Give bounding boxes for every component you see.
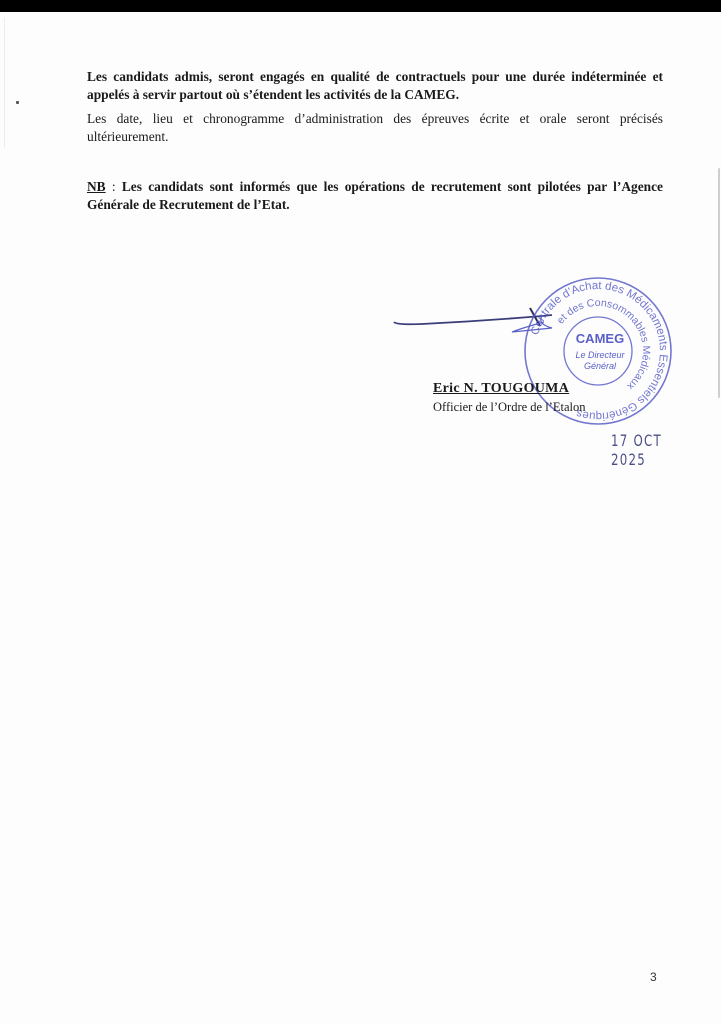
schedule-paragraph: Les date, lieu et chronogramme d’adminis… <box>87 110 663 145</box>
stamp-center-line1: Le Directeur <box>575 350 625 360</box>
date-stamp: 17 OCT 2025 <box>611 431 701 469</box>
nb-note: NB : Les candidats sont informés que les… <box>87 178 663 213</box>
nb-text: Les candidats sont informés que les opér… <box>87 179 663 212</box>
top-status-bar <box>0 0 721 12</box>
page-number: 3 <box>650 970 657 984</box>
page-edge-left <box>4 18 5 148</box>
stamp-center-title: CAMEG <box>576 331 624 346</box>
signer-title: Officier de l’Ordre de l’Etalon <box>433 400 585 415</box>
scan-speck <box>16 101 19 104</box>
engagement-paragraph: Les candidats admis, seront engagés en q… <box>87 68 663 103</box>
nb-label: NB <box>87 179 106 194</box>
nb-separator: : <box>106 179 122 194</box>
scrollbar[interactable] <box>718 168 720 398</box>
stamp-center-line2: Général <box>584 361 617 371</box>
signer-name: Eric N. TOUGOUMA <box>433 381 569 397</box>
